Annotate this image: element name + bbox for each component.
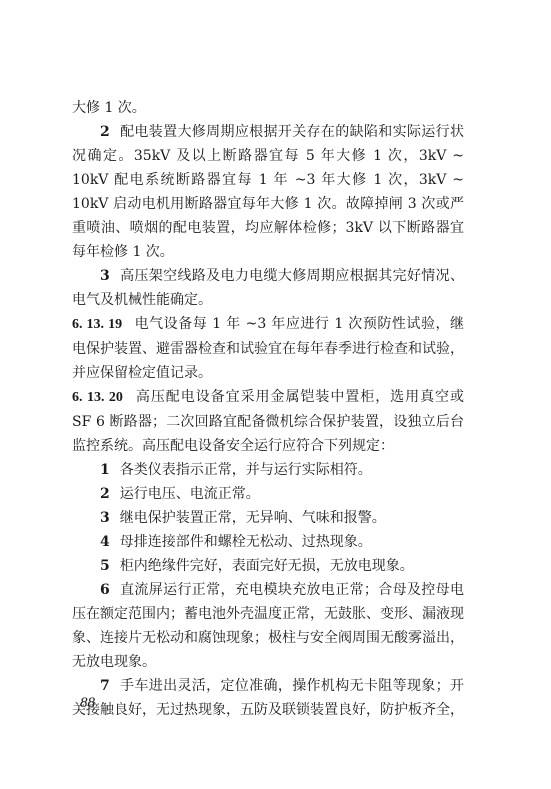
item-number: 2 <box>100 124 110 140</box>
item-number: 3 <box>100 268 110 284</box>
list-item: 6直流屏运行正常，充电模块充放电正常；合母及控母电压在额定范围内；蓄电池外壳温度… <box>72 578 464 674</box>
item-number: 5 <box>100 558 110 574</box>
item-text: 手车进出灵活，定位准确，操作机构无卡阻等现象；开关接触良好，无过热现象，五防及联… <box>72 678 464 718</box>
list-item: 3继电保护装置正常，无异响、气味和报警。 <box>72 506 464 530</box>
item-3: 3高压架空线路及电力电缆大修周期应根据其完好情况、电气及机械性能确定。 <box>72 264 464 312</box>
item-number: 3 <box>100 510 110 526</box>
page-number: 88 <box>80 695 95 712</box>
item-number: 7 <box>100 678 110 694</box>
list-item: 1各类仪表指示正常，并与运行实际相符。 <box>72 458 464 482</box>
item-text: 母排连接部件和螺栓无松动、过热现象。 <box>120 534 372 550</box>
clause-6-13-20: 6. 13. 20高压配电设备宜采用金属铠装中置柜，选用真空或 SF 6 断路器… <box>72 385 464 458</box>
item-number: 2 <box>100 486 110 502</box>
list-item: 4母排连接部件和螺栓无松动、过热现象。 <box>72 530 464 554</box>
item-number: 1 <box>100 462 110 478</box>
item-number: 4 <box>100 534 110 550</box>
item-2: 2配电装置大修周期应根据开关存在的缺陷和实际运行状况确定。35kV 及以上断路器… <box>72 120 464 264</box>
list-item: 7手车进出灵活，定位准确，操作机构无卡阻等现象；开关接触良好，无过热现象，五防及… <box>72 674 464 722</box>
clause-text: 电气设备每 1 年 ~3 年应进行 1 次预防性试验，继电保护装置、避雷器检查和… <box>72 316 464 381</box>
item-text: 继电保护装置正常，无异响、气味和报警。 <box>120 510 386 526</box>
document-page: 大修 1 次。 2配电装置大修周期应根据开关存在的缺陷和实际运行状况确定。35k… <box>72 96 464 722</box>
list-item: 5柜内绝缘件完好，表面完好无损，无放电现象。 <box>72 554 464 578</box>
item-text: 配电装置大修周期应根据开关存在的缺陷和实际运行状况确定。35kV 及以上断路器宜… <box>72 124 464 260</box>
item-number: 6 <box>100 582 110 598</box>
item-text: 运行电压、电流正常。 <box>120 486 260 502</box>
continuation-text: 大修 1 次。 <box>72 96 464 120</box>
item-text: 柜内绝缘件完好，表面完好无损，无放电现象。 <box>120 558 414 574</box>
clause-6-13-19: 6. 13. 19电气设备每 1 年 ~3 年应进行 1 次预防性试验，继电保护… <box>72 312 464 385</box>
item-text: 高压架空线路及电力电缆大修周期应根据其完好情况、电气及机械性能确定。 <box>72 268 464 308</box>
item-text: 各类仪表指示正常，并与运行实际相符。 <box>120 462 372 478</box>
clause-text: 高压配电设备宜采用金属铠装中置柜，选用真空或 SF 6 断路器；二次回路宜配备微… <box>72 389 464 454</box>
item-text: 直流屏运行正常，充电模块充放电正常；合母及控母电压在额定范围内；蓄电池外壳温度正… <box>72 582 464 670</box>
clause-number: 6. 13. 20 <box>72 390 123 405</box>
clause-number: 6. 13. 19 <box>72 317 122 332</box>
list-item: 2运行电压、电流正常。 <box>72 482 464 506</box>
